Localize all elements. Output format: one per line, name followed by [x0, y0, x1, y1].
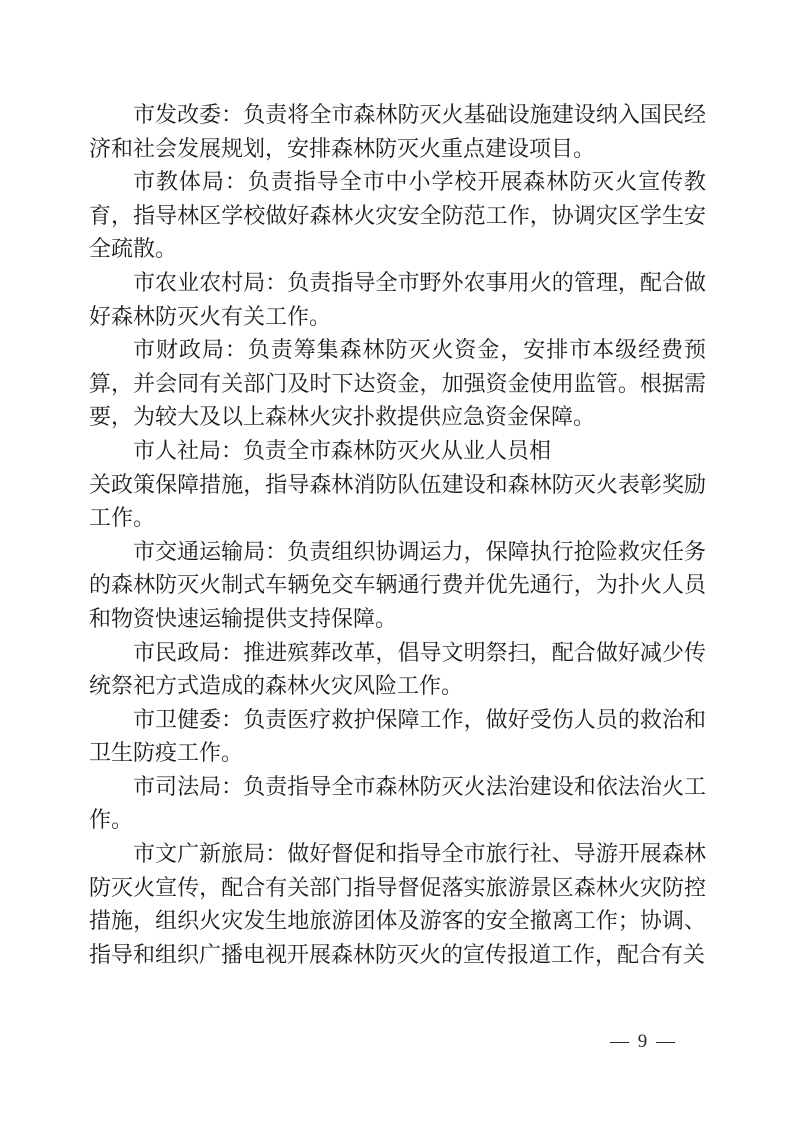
- para-civil-affairs-bureau: 市民政局：推进殡葬改革，倡导文明祭扫，配合做好减少传统祭祀方式造成的森林火灾风险…: [89, 636, 706, 703]
- para-justice-bureau: 市司法局：负责指导全市森林防灭火法治建设和依法治火工作。: [89, 770, 706, 837]
- para-human-resources-social-security-bureau: 市人社局：负责全市森林防灭火从业人员相 关政策保障措施，指导森林消防队伍建设和森…: [89, 434, 706, 535]
- para-culture-broadcast-tourism-bureau: 市文广新旅局：做好督促和指导全市旅行社、导游开展森林防灭火宣传，配合有关部门指导…: [89, 837, 706, 971]
- para-agriculture-rural-bureau: 市农业农村局：负责指导全市野外农事用火的管理，配合做好森林防灭火有关工作。: [89, 266, 706, 333]
- document-text-block: 市发改委：负责将全市森林防灭火基础设施建设纳入国民经济和社会发展规划，安排森林防…: [89, 98, 706, 971]
- document-page: 市发改委：负责将全市森林防灭火基础设施建设纳入国民经济和社会发展规划，安排森林防…: [0, 0, 793, 1122]
- para-health-commission: 市卫健委：负责医疗救护保障工作，做好受伤人员的救治和卫生防疫工作。: [89, 703, 706, 770]
- para-finance-bureau: 市财政局：负责筹集森林防灭火资金，安排市本级经费预算，并会同有关部门及时下达资金…: [89, 333, 706, 434]
- para-transport-bureau: 市交通运输局：负责组织协调运力，保障执行抢险救灾任务的森林防灭火制式车辆免交车辆…: [89, 535, 706, 636]
- para-education-sports-bureau: 市教体局：负责指导全市中小学校开展森林防灭火宣传教育，指导林区学校做好森林火灾安…: [89, 165, 706, 266]
- para-development-reform-commission: 市发改委：负责将全市森林防灭火基础设施建设纳入国民经济和社会发展规划，安排森林防…: [89, 98, 706, 165]
- page-number: — 9 —: [610, 1031, 677, 1053]
